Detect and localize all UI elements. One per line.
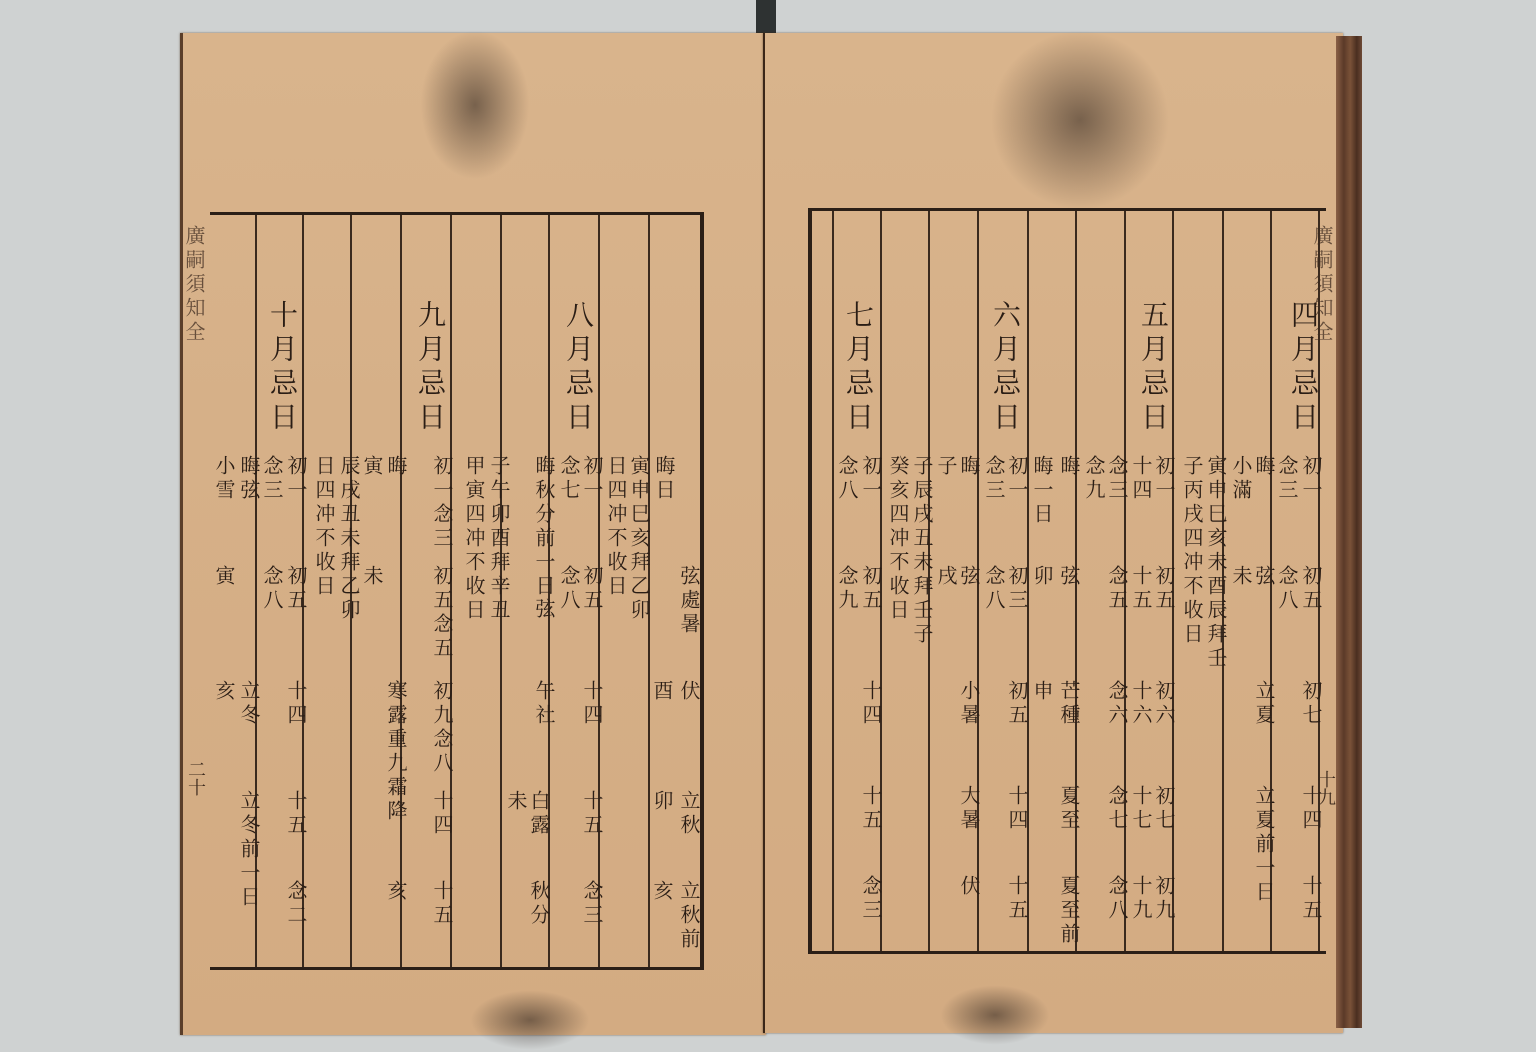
entry-sep-day15: 十五 xyxy=(428,880,457,928)
entry-jun-day14: 十四 xyxy=(1003,785,1032,833)
spine-strip xyxy=(756,0,776,34)
entry-sep-wei: 未 xyxy=(502,790,531,814)
left-margin-title: 廣嗣須知全 xyxy=(180,225,209,345)
entry-oct-yin: 寅 xyxy=(210,565,239,589)
entry-jun-xiaoshu: 小暑 xyxy=(955,680,984,728)
entry-aug-liqiu: 立秋 xyxy=(675,790,704,838)
entry-oct-branches: 辰戌丑未拜乙卯 xyxy=(335,455,364,623)
entry-may-day28: 念八 xyxy=(1103,875,1132,923)
entry-sep-day14-15: 十四 xyxy=(428,790,457,838)
month-header-july: 七月忌日 xyxy=(838,300,878,436)
ink-stain xyxy=(420,30,530,180)
entry-aug-day28: 念八 xyxy=(555,565,584,613)
entry-may-day26: 念六 xyxy=(1103,680,1132,728)
entry-aug-day15: 十五 xyxy=(578,790,607,838)
entry-jun-shen: 申 xyxy=(1028,680,1057,704)
entry-aug-you: 酉 xyxy=(648,680,677,704)
entry-aug-fu: 伏 xyxy=(675,680,704,704)
entry-may-day29: 念九 xyxy=(1080,455,1109,503)
entry-jun-mao: 卯 xyxy=(1028,565,1057,589)
entry-may-conflict-days: 子丙戌四冲不收日 xyxy=(1178,455,1207,647)
ink-stain xyxy=(990,30,1170,210)
entry-jun-xian: 弦 xyxy=(1055,565,1084,589)
entry-oct-last-xian: 晦弦 xyxy=(235,455,264,503)
entry-may-day25: 念五 xyxy=(1103,565,1132,613)
entry-sep-conflict-days: 甲寅四冲不收日 xyxy=(460,455,489,623)
ink-stain xyxy=(940,985,1050,1045)
entry-jul-day14: 十四 xyxy=(857,680,886,728)
entry-oct-xiaoxue: 小雪 xyxy=(210,455,239,503)
entry-jun-last-one-day: 晦一日 xyxy=(1028,455,1057,527)
entry-jun-xiazhi: 夏至 xyxy=(1055,785,1084,833)
entry-sep-day9: 初九念八 xyxy=(428,680,457,776)
entry-aug-solar-term: 弦處暑 xyxy=(675,565,704,637)
entry-jun-day23: 念三 xyxy=(980,455,1009,503)
entry-jul-day23: 念三 xyxy=(857,875,886,923)
entry-sep-qiufen: 秋分 xyxy=(525,880,554,928)
entry-apr-day14: 十四 xyxy=(1297,785,1326,833)
entry-sep-xian: 弦 xyxy=(530,598,559,622)
month-header-may: 五月忌日 xyxy=(1133,300,1173,436)
book-fore-edge xyxy=(1336,36,1362,1028)
month-header-august: 八月忌日 xyxy=(558,300,598,436)
entry-jul-conflict-days: 癸亥四冲不收日 xyxy=(884,455,913,623)
entry-sep-branches: 子午卯酉拜辛丑 xyxy=(485,455,514,623)
month-header-april: 四月忌日 xyxy=(1283,300,1323,436)
entry-apr-day7: 初七 xyxy=(1297,680,1326,728)
entry-apr-wei: 未 xyxy=(1227,565,1256,589)
entry-sep-qiufen-before: 晦秋分前一日 xyxy=(530,455,559,599)
month-header-october: 十月忌日 xyxy=(262,300,302,436)
entry-aug-mao: 卯 xyxy=(648,790,677,814)
entry-jul-day28: 念八 xyxy=(833,455,862,503)
entry-may-day27: 念七 xyxy=(1103,785,1132,833)
entry-jun-day28: 念八 xyxy=(980,565,1009,613)
entry-aug-liqiu-before: 立秋前 xyxy=(675,880,704,952)
entry-oct-day14: 十四 xyxy=(282,680,311,728)
entry-aug-day23: 念三 xyxy=(578,880,607,928)
entry-aug-last-day: 晦日 xyxy=(650,455,679,503)
left-folio-number: 二十 xyxy=(182,760,208,796)
entry-apr-lixia: 立夏 xyxy=(1250,680,1279,728)
entry-jun-day5: 初五 xyxy=(1003,680,1032,728)
entry-sep-day1: 初一念三 xyxy=(428,455,457,551)
entry-jun-dashu: 大暑 xyxy=(955,785,984,833)
entry-oct-hai: 亥 xyxy=(210,680,239,704)
entry-aug-day14: 十四 xyxy=(578,680,607,728)
entry-sep-she: 午社 xyxy=(530,680,559,728)
entry-aug-hai: 亥 xyxy=(648,880,677,904)
entry-jul-day29: 念九 xyxy=(833,565,862,613)
entry-jun-day15: 十五 xyxy=(1003,875,1032,923)
month-header-june: 六月忌日 xyxy=(985,300,1025,436)
entry-oct-lidong-before: 立冬前一日 xyxy=(235,790,264,910)
entry-oct-day15: 十五 xyxy=(282,790,311,838)
entry-sep-day5: 初五念五 xyxy=(428,565,457,661)
entry-sep-hai: 亥 xyxy=(382,880,411,904)
entry-oct-conflict-days: 日四冲不收日 xyxy=(310,455,339,599)
entry-sep-hanlu: 寒露重九霜降 xyxy=(382,680,411,824)
entry-apr-day15: 十五 xyxy=(1297,875,1326,923)
entry-oct-day28: 念八 xyxy=(258,565,287,613)
entry-aug-day27: 念七 xyxy=(555,455,584,503)
entry-apr-lixia-before: 立夏前一日 xyxy=(1250,785,1279,905)
gutter-binding-line xyxy=(763,33,765,1033)
entry-apr-xiaoman: 小滿 xyxy=(1227,455,1256,503)
entry-jun-xiazhi-before: 夏至前 xyxy=(1055,875,1084,947)
entry-oct-day22: 念二 xyxy=(282,880,311,928)
entry-jun-fu: 伏 xyxy=(955,875,984,899)
entry-jul-day15: 十五 xyxy=(857,785,886,833)
month-header-september: 九月忌日 xyxy=(410,300,450,436)
ink-stain xyxy=(470,990,590,1050)
entry-oct-lidong: 立冬 xyxy=(235,680,264,728)
entry-jun-mangzhong: 芒種 xyxy=(1055,680,1084,728)
